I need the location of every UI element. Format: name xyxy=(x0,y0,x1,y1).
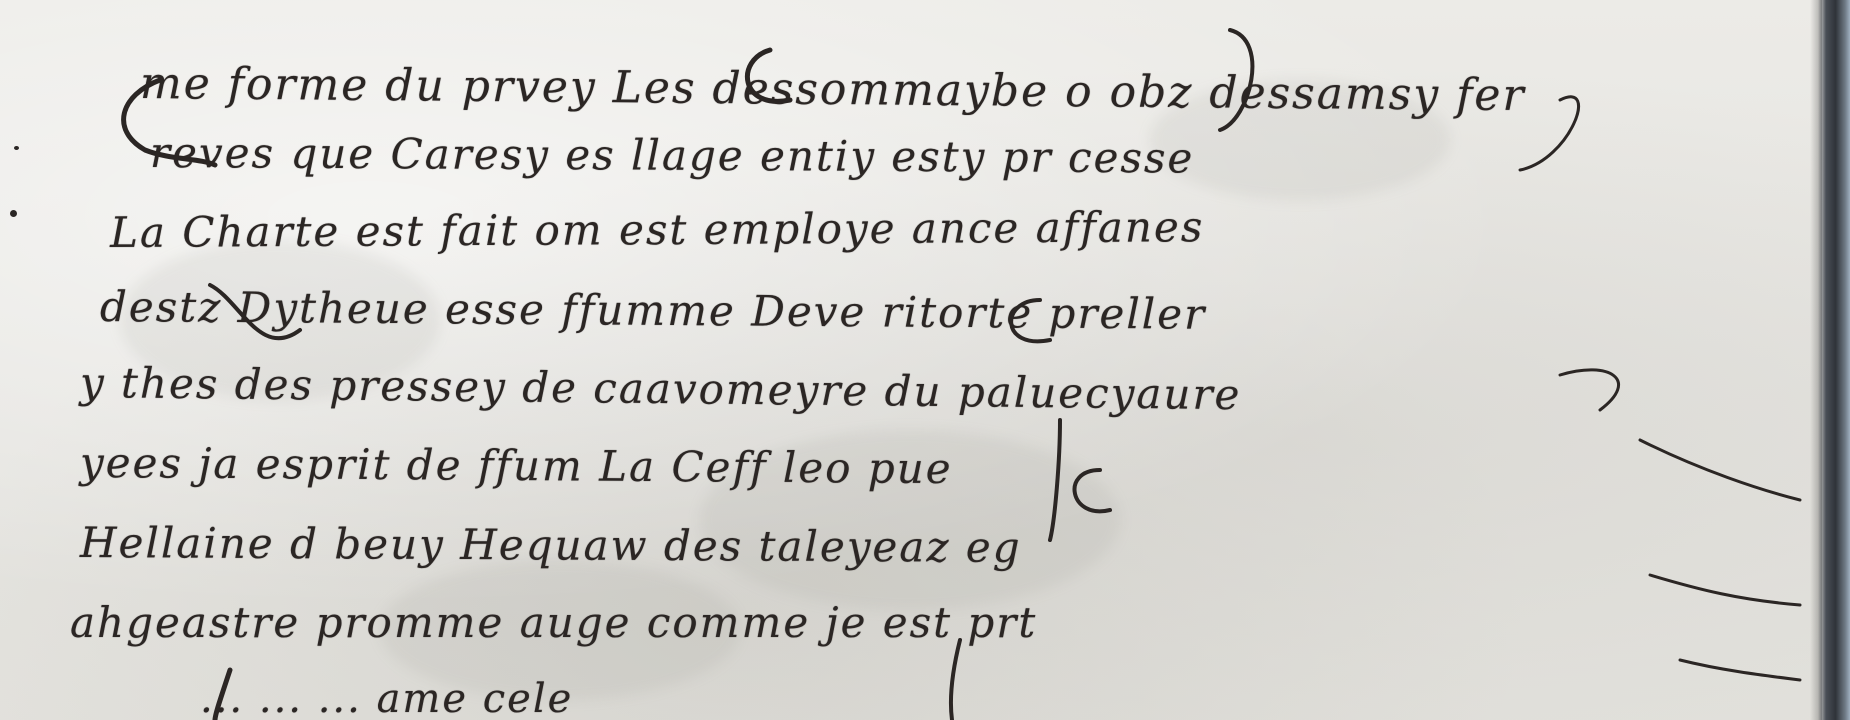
manuscript-line-8: ahgeastre promme auge comme je est prt xyxy=(70,598,1037,647)
manuscript-line-4: destz Dytheue esse ffumme Deve ritorte p… xyxy=(100,282,1207,339)
manuscript-line-6: yees ja esprit de ffum La Ceff leo pue xyxy=(80,438,953,493)
manuscript-line-7: Hellaine d beuy Hequaw des taleyeaz eg xyxy=(80,518,1022,572)
margin-ink-dot xyxy=(14,146,19,150)
manuscript-line-1: me forme du prvey Les dessommaybe o obz … xyxy=(140,58,1526,121)
margin-ink-dot xyxy=(10,210,17,217)
book-binding-edge xyxy=(1818,0,1850,720)
manuscript-line-5: y thes des pressey de caavomeyre du palu… xyxy=(80,358,1242,419)
manuscript-line-3: La Charte est fait om est employe ance a… xyxy=(110,202,1205,257)
manuscript-line-9: ... ... ... ame cele xyxy=(200,676,573,720)
manuscript-page: me forme du prvey Les dessommaybe o obz … xyxy=(0,0,1850,720)
manuscript-line-2: reves que Caresy es llage entiy esty pr … xyxy=(150,128,1195,182)
